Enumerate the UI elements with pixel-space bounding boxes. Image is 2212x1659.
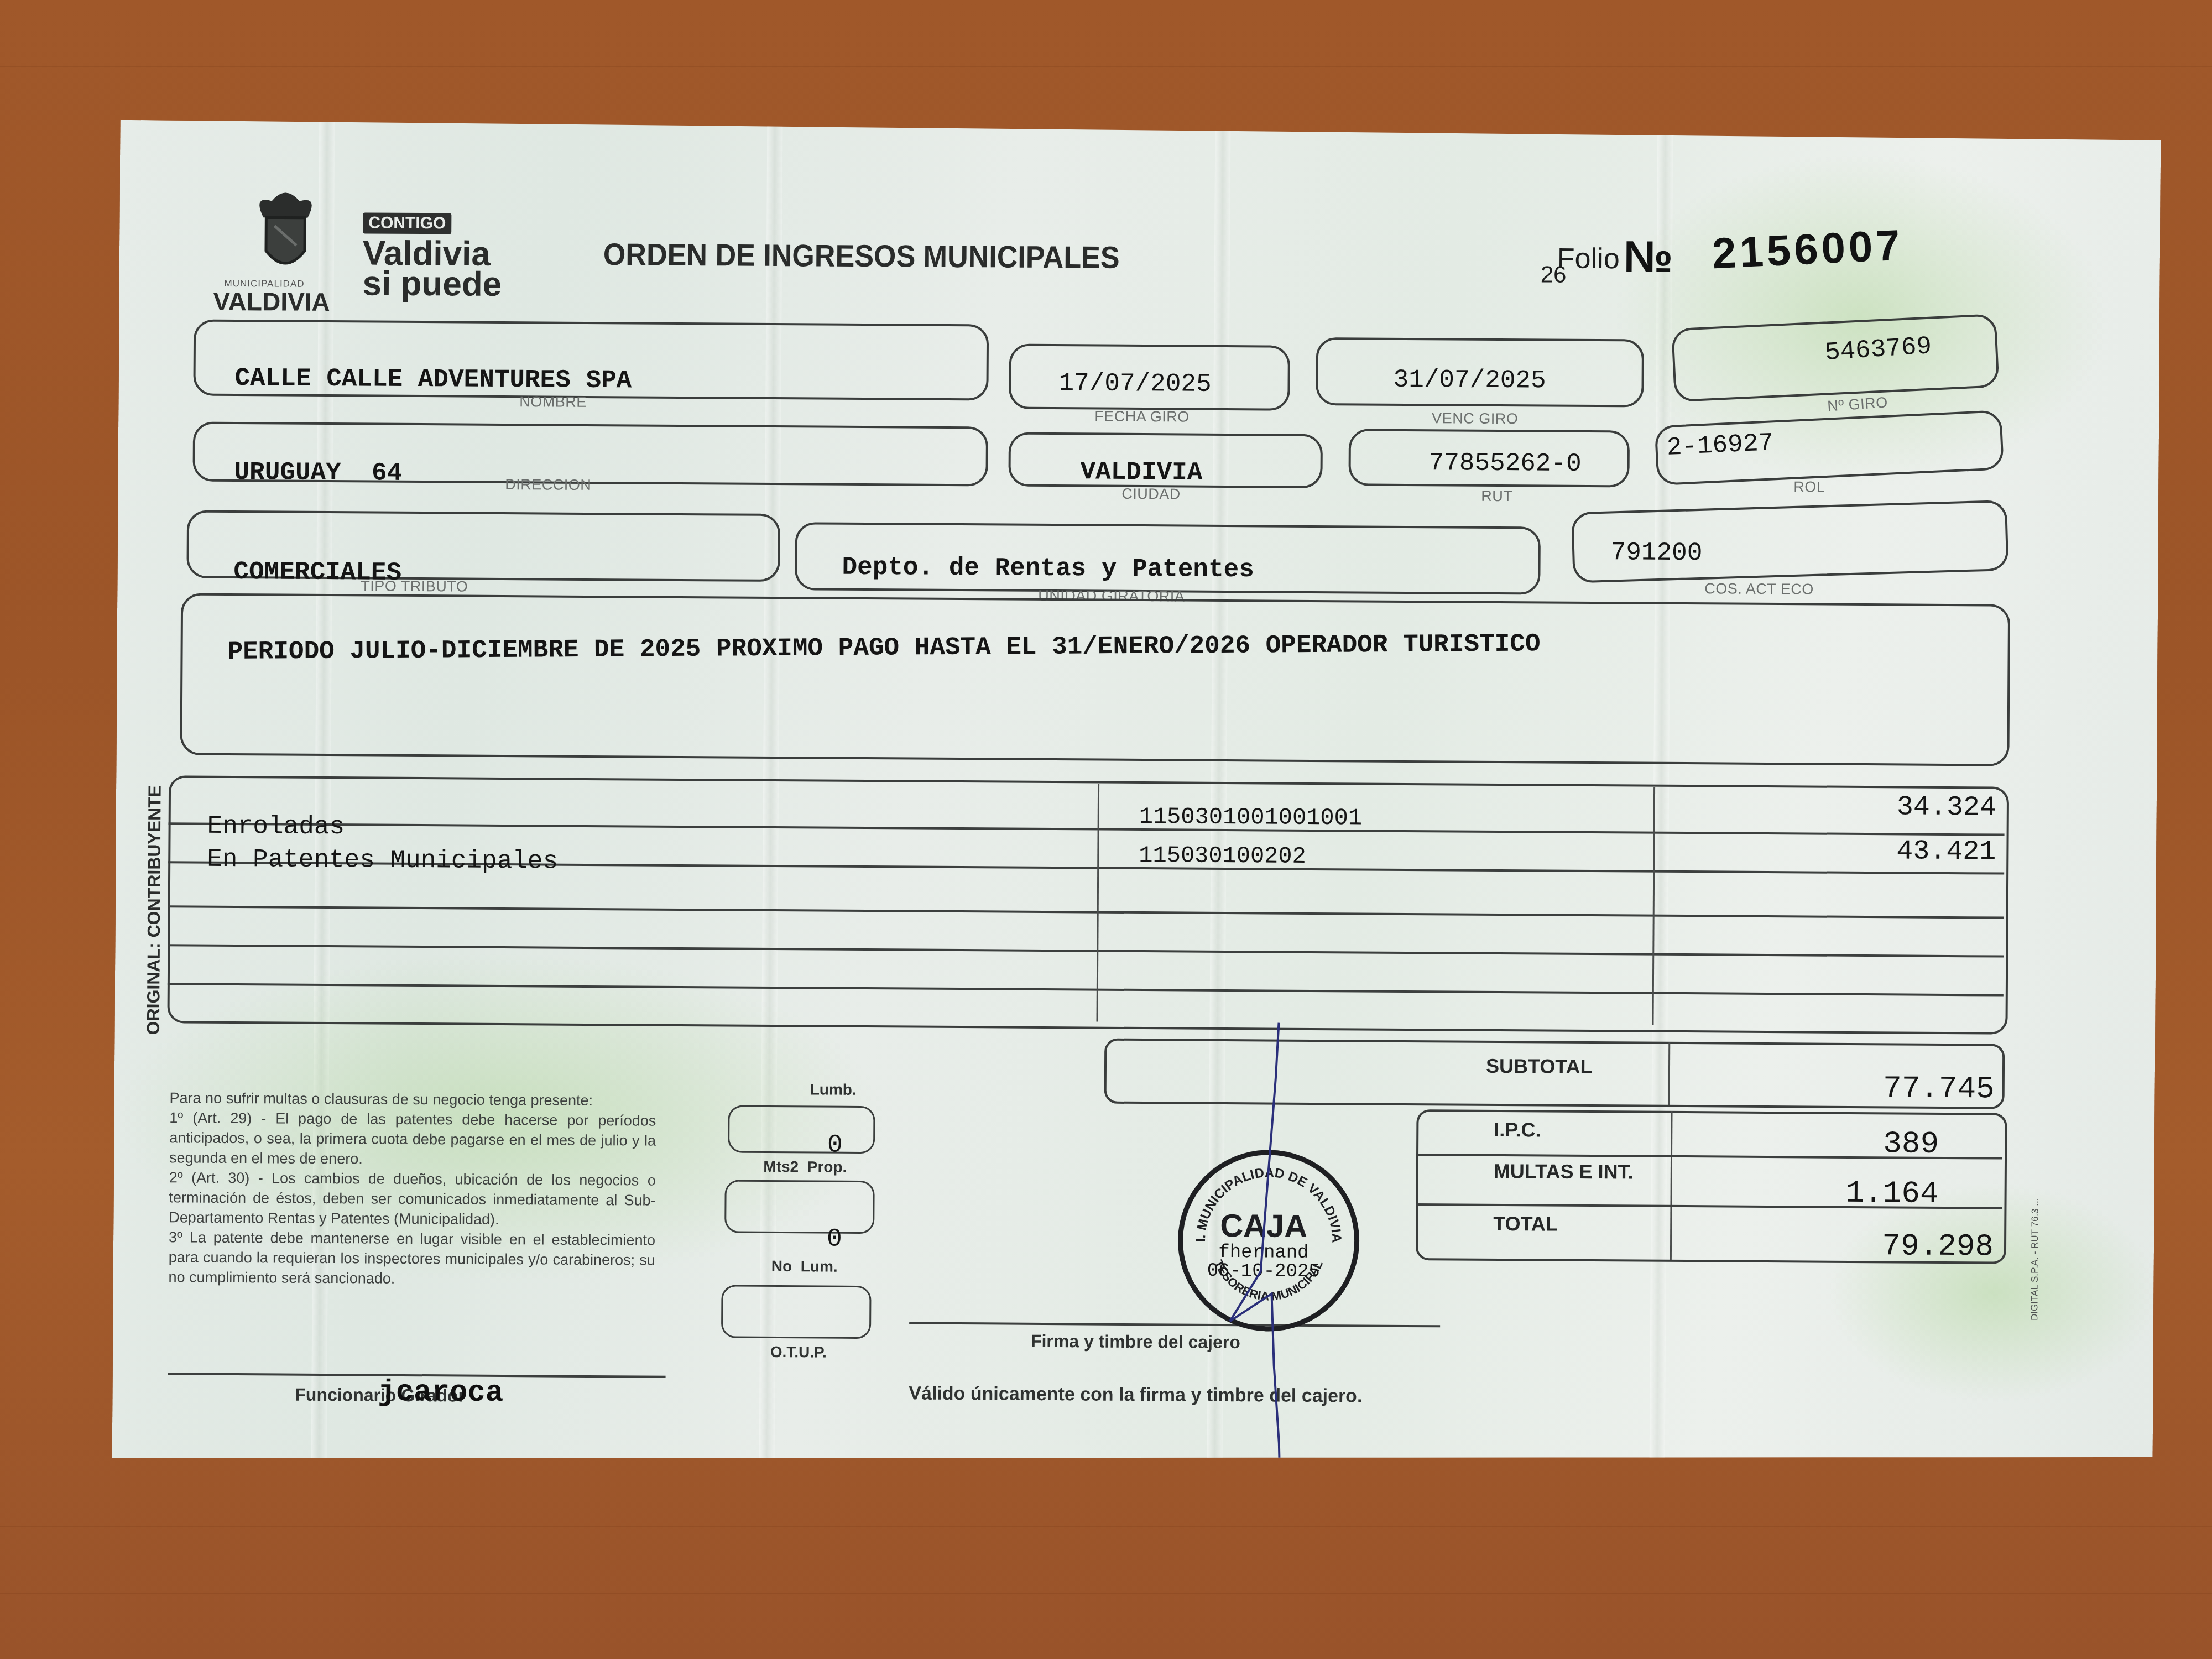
copy-label: ORIGINAL: CONTRIBUYENTE [143,778,165,1043]
multas-label: MULTAS E INT. [1494,1160,1634,1184]
direccion-label: DIRECCION [505,476,591,494]
item-concept: En Patentes Municipales [207,845,558,876]
ipc-label: I.P.C. [1494,1118,1541,1142]
lumb-value: 0 [827,1131,843,1160]
fecha-giro-value: 17/07/2025 [1058,369,1211,399]
venc-giro-value: 31/07/2025 [1393,366,1546,395]
printer-note: DIGITAL S.P.A. - RUT 76.3 ... [2029,1011,2042,1321]
mts2-value: 0 [827,1225,842,1254]
item-amount: 43.421 [1858,836,1996,868]
cod-act-eco-label: COS. ACT ECO [1704,580,1814,598]
multas-value: 1.164 [1772,1175,1938,1212]
items-table [167,775,2009,1034]
cashier-signature-line [909,1322,1440,1328]
signature-stroke [1190,1011,1337,1554]
number-symbol: № [1624,231,1673,283]
item-account: 1150301001001001 [1139,804,1363,831]
item-amount: 34.324 [1858,791,1996,824]
no-lum-field [721,1285,872,1339]
subtotal-value: 77.745 [1829,1071,1995,1107]
municipality-name: VALDIVIA [213,286,330,317]
mts2-field [724,1180,875,1234]
nombre-label: NOMBRE [519,393,587,411]
mts2-label: Mts2 Prop. [733,1158,877,1177]
document-title: ORDEN DE INGRESOS MUNICIPALES [603,236,1120,275]
lumb-field [728,1105,875,1154]
cod-act-eco-value: 791200 [1611,538,1703,567]
subtotal-label: SUBTOTAL [1486,1055,1593,1078]
ipc-value: 389 [1801,1125,1939,1162]
wood-grain [0,66,2212,67]
legal-text: Para no sufrir multas o clausuras de su … [169,1088,656,1290]
total-value: 79.298 [1828,1228,1994,1265]
tipo-tributo-label: TIPO TRIBUTO [361,577,468,595]
fecha-giro-label: FECHA GIRO [1094,408,1190,426]
lumb-label: Lumb. [778,1081,889,1099]
ciudad-value: VALDIVIA [1080,457,1202,487]
ciudad-label: CIUDAD [1121,486,1181,503]
item-concept: Enroladas [207,812,345,842]
legal-clause-1: 1º (Art. 29) - El pago de las patentes d… [169,1108,656,1170]
rol-label: ROL [1793,478,1825,495]
venc-giro-label: VENC GIRO [1432,410,1518,427]
wood-grain [0,1526,2212,1527]
rol-value: 2-16927 [1666,429,1774,462]
municipal-receipt: MUNICIPALIDAD VALDIVIA CONTIGO Valdivia … [112,120,2161,1470]
no-lum-label: No Lum. [749,1258,860,1276]
rut-label: RUT [1481,488,1512,505]
legal-clause-3: 3º La patente debe mantenerse en lugar v… [169,1227,656,1290]
folio-label: Folio [1557,242,1620,276]
rut-value: 77855262-0 [1429,448,1582,478]
legal-intro: Para no sufrir multas o clausuras de su … [170,1088,656,1110]
direccion-value: URUGUAY 64 [234,458,402,488]
folio-number: 2156007 [1711,220,1905,279]
coat-of-arms-icon [241,184,330,279]
unidad-giratoria-value: Depto. de Rentas y Patentes [842,553,1254,585]
total-label: TOTAL [1493,1212,1558,1236]
legal-clause-2: 2º (Art. 30) - Los cambios de dueños, ub… [169,1167,656,1230]
funcionario-value: jcaroca [378,1376,503,1410]
otup-label: O.T.U.P. [743,1343,854,1361]
description-field [180,593,2010,766]
campaign-line-2: si puede [362,268,502,301]
nombre-value: CALLE CALLE ADVENTURES SPA [234,364,632,395]
wood-grain [0,1593,2212,1594]
item-account: 115030100202 [1139,842,1306,870]
campaign-badge: CONTIGO [363,212,451,234]
